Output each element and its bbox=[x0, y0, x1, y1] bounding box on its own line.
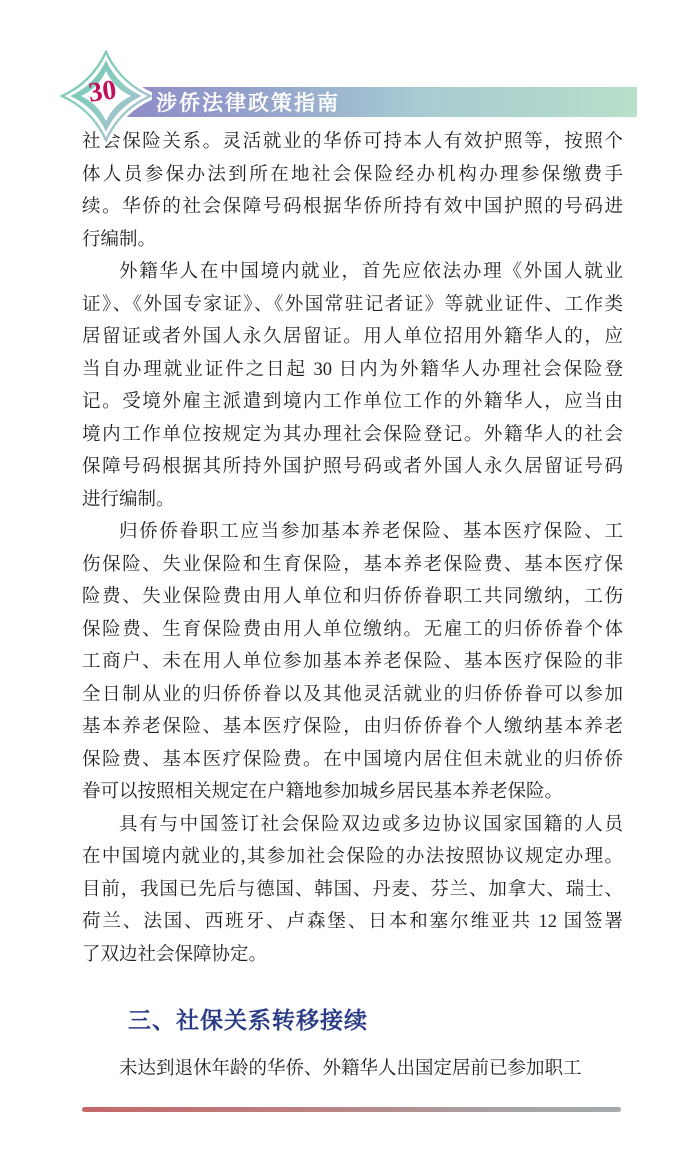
text-line: 进行编制。 bbox=[82, 484, 623, 517]
text-line: 全日制从业的归侨侨眷以及其他灵活就业的归侨侨眷可以参加 bbox=[82, 679, 623, 712]
text-line: 社会保险关系。灵活就业的华侨可持本人有效护照等，按照个 bbox=[82, 126, 623, 159]
text-line: 保险费、生育保险费由用人单位缴纳。无雇工的归侨侨眷个体 bbox=[82, 614, 623, 647]
text-line: 具有与中国签订社会保险双边或多边协议国家国籍的人员 bbox=[82, 809, 623, 842]
text-line: 伤保险、失业保险和生育保险，基本养老保险费、基本医疗保 bbox=[82, 549, 623, 582]
text-line: 体人员参保办法到所在地社会保险经办机构办理参保缴费手 bbox=[82, 159, 623, 192]
header-bar: 涉侨法律政策指南 bbox=[112, 87, 637, 117]
text-line: 当自办理就业证件之日起 30 日内为外籍华人办理社会保险登 bbox=[82, 354, 623, 387]
text-line: 外籍华人在中国境内就业，首先应依法办理《外国人就业 bbox=[82, 256, 623, 289]
text-line: 险费、失业保险费由用人单位和归侨侨眷职工共同缴纳，工伤 bbox=[82, 581, 623, 614]
page-number: 30 bbox=[87, 73, 118, 107]
document-page: 涉侨法律政策指南 30 社会保险关系。灵活就业的华侨可持本人有效护照等，按照个体… bbox=[0, 0, 700, 1173]
footer-rule bbox=[82, 1107, 621, 1112]
text-line: 保险费、基本医疗保险费。在中国境内居住但未就业的归侨侨 bbox=[82, 744, 623, 777]
text-line: 工商户、未在用人单位参加基本养老保险、基本医疗保险的非 bbox=[82, 646, 623, 679]
text-line: 续。华侨的社会保障号码根据华侨所持有效中国护照的号码进 bbox=[82, 191, 623, 224]
text-line: 行编制。 bbox=[82, 224, 623, 257]
body-text: 社会保险关系。灵活就业的华侨可持本人有效护照等，按照个体人员参保办法到所在地社会… bbox=[82, 126, 623, 1086]
text-line: 目前，我国已先后与德国、韩国、丹麦、芬兰、加拿大、瑞士、 bbox=[82, 874, 623, 907]
text-line: 记。受境外雇主派遣到境内工作单位工作的外籍华人，应当由 bbox=[82, 386, 623, 419]
text-line: 了双边社会保障协定。 bbox=[82, 939, 623, 972]
text-line: 证》、《外国专家证》、《外国常驻记者证》等就业证件、工作类 bbox=[82, 289, 623, 322]
body-paragraph: 社会保险关系。灵活就业的华侨可持本人有效护照等，按照个体人员参保办法到所在地社会… bbox=[82, 126, 623, 256]
body-paragraph: 未达到退休年龄的华侨、外籍华人出国定居前已参加职工 bbox=[82, 1053, 623, 1086]
section-heading: 三、社保关系转移接续 bbox=[82, 1003, 623, 1037]
text-line: 归侨侨眷职工应当参加基本养老保险、基本医疗保险、工 bbox=[82, 516, 623, 549]
page-number-badge: 30 bbox=[60, 50, 152, 142]
text-line: 居留证或者外国人永久居留证。用人单位招用外籍华人的，应 bbox=[82, 321, 623, 354]
text-line: 眷可以按照相关规定在户籍地参加城乡居民基本养老保险。 bbox=[82, 776, 623, 809]
text-line: 未达到退休年龄的华侨、外籍华人出国定居前已参加职工 bbox=[82, 1053, 623, 1086]
text-line: 在中国境内就业的,其参加社会保险的办法按照协议规定办理。 bbox=[82, 841, 623, 874]
body-paragraph: 外籍华人在中国境内就业，首先应依法办理《外国人就业证》、《外国专家证》、《外国常… bbox=[82, 256, 623, 516]
text-line: 境内工作单位按规定为其办理社会保险登记。外籍华人的社会 bbox=[82, 419, 623, 452]
text-line: 保障号码根据其所持外国护照号码或者外国人永久居留证号码 bbox=[82, 451, 623, 484]
body-paragraph: 归侨侨眷职工应当参加基本养老保险、基本医疗保险、工伤保险、失业保险和生育保险，基… bbox=[82, 516, 623, 809]
body-paragraph: 具有与中国签订社会保险双边或多边协议国家国籍的人员在中国境内就业的,其参加社会保… bbox=[82, 809, 623, 972]
text-line: 荷兰、法国、西班牙、卢森堡、日本和塞尔维亚共 12 国签署 bbox=[82, 906, 623, 939]
text-line: 基本养老保险、基本医疗保险，由归侨侨眷个人缴纳基本养老 bbox=[82, 711, 623, 744]
